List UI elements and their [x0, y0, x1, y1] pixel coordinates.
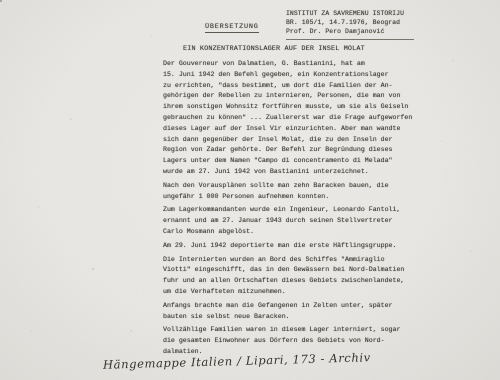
document-title: EIN KONZENTRATIONSLAGER AUF DER INSEL MO… — [183, 45, 365, 53]
text-line: Viotti" eingeschifft, das in den Gewässe… — [163, 265, 409, 276]
scan-speckles — [0, 0, 2, 2]
text-line: Die Internierten wurden an Bord des Schi… — [163, 255, 409, 266]
text-line: gehörigen der Rebellen zu internieren, P… — [163, 91, 409, 102]
text-line: dieses Lager auf der Insel Vir einzurich… — [163, 124, 409, 135]
text-line: ungefähr 1 000 Personen aufnehmen konnte… — [163, 192, 409, 203]
header-author-line: Prof. Dr. Pero Damjanović — [286, 28, 414, 37]
text-line: ernannt und am 27. Januar 1943 durch sei… — [163, 216, 409, 227]
text-line: Am 29. Juni 1942 deportierte man die ers… — [163, 241, 409, 252]
text-line: Region von Zadar gehörte. Der Befehl zur… — [163, 145, 409, 156]
document-body: Der Gouverneur von Dalmatien, G. Bastian… — [163, 59, 409, 361]
paragraph-5: Die Internierten wurden an Bord des Schi… — [163, 255, 409, 298]
paragraph-3: Zum Lagerkommandanten wurde ein Ingenieu… — [163, 205, 409, 237]
text-line: sich dann gegenüber der Insel Molat, die… — [163, 135, 409, 146]
header-block: INSTITUT ZA SAVREMENU ISTORIJU BR. 105/1… — [286, 10, 414, 40]
text-line: ihrem sonstigen Wohnsitz fortführen muss… — [163, 102, 409, 113]
text-line: Lagers unter dem Namen "Campo di concent… — [163, 156, 409, 167]
paragraph-1: Der Gouverneur von Dalmatien, G. Bastian… — [163, 59, 409, 178]
paragraph-4: Am 29. Juni 1942 deportierte man die ers… — [163, 241, 409, 252]
text-line: zu errichten, "dass bestimmt, um dort di… — [163, 81, 409, 92]
translation-stamp: ÜBERSETZUNG — [205, 23, 259, 33]
text-line: Nach den Vorausplänen sollte man zehn Ba… — [163, 181, 409, 192]
text-line: Vollzählige Familien waren in diesem Lag… — [163, 325, 409, 336]
text-line: Zum Lagerkommandanten wurde ein Ingenieu… — [163, 205, 409, 216]
text-line: Carlo Mosmann abgelöst. — [163, 227, 409, 238]
paragraph-2: Nach den Vorausplänen sollte man zehn Ba… — [163, 181, 409, 203]
paragraph-6: Anfangs brachte man die Gefangenen in Ze… — [163, 301, 409, 323]
text-line: Der Gouverneur von Dalmatien, G. Bastian… — [163, 59, 409, 70]
text-line: 15. Juni 1942 den Befehl gegeben, ein Ko… — [163, 70, 409, 81]
text-line: fuhr und an allen Ortschaften dieses Geb… — [163, 276, 409, 287]
header-reference-line: BR. 105/1, 14.7.1976, Beograd — [286, 19, 414, 28]
text-line: bauten sie selbst neue Baracken. — [163, 312, 409, 323]
text-line: wurde am 27. Juni 1942 von Bastianini un… — [163, 167, 409, 178]
scanned-document-page: INSTITUT ZA SAVREMENU ISTORIJU BR. 105/1… — [0, 0, 500, 380]
text-line: um die Verhafteten mitzunehmen. — [163, 287, 409, 298]
handwritten-note: Hängemappe Italien / Lipari, 173 - Archi… — [103, 350, 371, 371]
text-line: gebrauchen zu können" ... Zuallererst wa… — [163, 113, 409, 124]
text-line: Anfangs brachte man die Gefangenen in Ze… — [163, 301, 409, 312]
text-line: die gesamten Einwohner aus Dörfern des G… — [163, 336, 409, 347]
header-institute-line: INSTITUT ZA SAVREMENU ISTORIJU — [286, 10, 414, 19]
